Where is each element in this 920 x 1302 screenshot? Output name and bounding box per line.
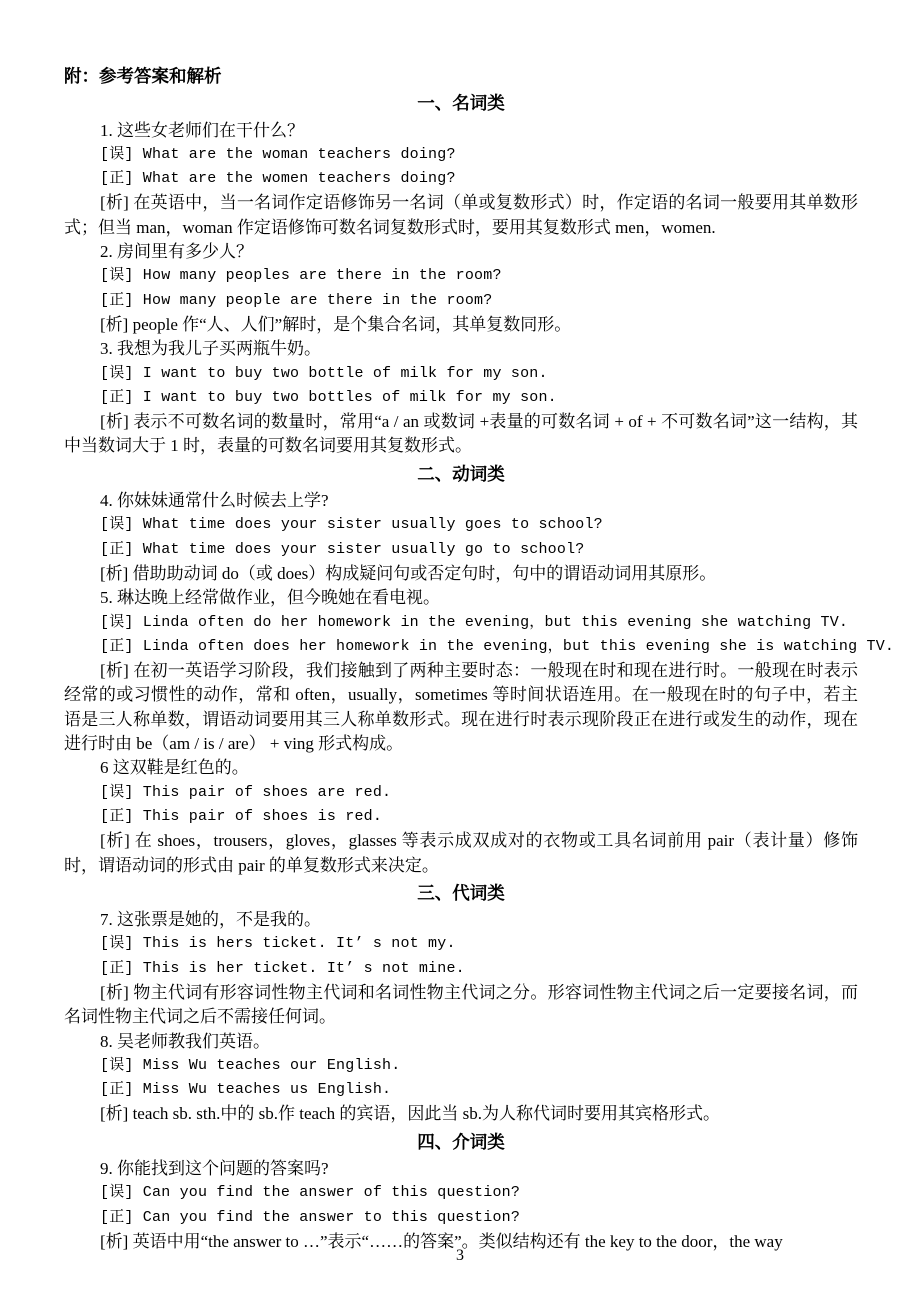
item-4-analysis: [析] 借助助动词 do（或 does）构成疑问句或否定句时，句中的谓语动词用其… xyxy=(64,562,858,586)
item-1-correct-line: [正] What are the women teachers doing? xyxy=(64,167,858,191)
item-9-wrong-line: [误] Can you find the answer of this ques… xyxy=(64,1181,858,1205)
item-5-correct-line: [正] Linda often does her homework in the… xyxy=(64,635,858,659)
item-8-correct-line: [正] Miss Wu teaches us English. xyxy=(64,1078,858,1102)
page-number: 3 xyxy=(0,1244,920,1268)
item-1-analysis: [析] 在英语中，当一名词作定语修饰另一名词（单或复数形式）时，作定语的名词一般… xyxy=(64,191,858,240)
item-8-question: 8. 吴老师教我们英语。 xyxy=(64,1030,858,1054)
item-2-wrong-line: [误] How many peoples are there in the ro… xyxy=(64,264,858,288)
item-9-question: 9. 你能找到这个问题的答案吗? xyxy=(64,1157,858,1181)
item-7-analysis: [析] 物主代词有形容词性物主代词和名词性物主代词之分。形容词性物主代词之后一定… xyxy=(64,981,858,1030)
section-prepositions: 四、介词类 9. 你能找到这个问题的答案吗? [误] Can you find … xyxy=(64,1130,858,1254)
item-7-correct-line: [正] This is her ticket. It’ s not mine. xyxy=(64,957,858,981)
document-page: 附：参考答案和解析 一、名词类 1. 这些女老师们在干什么？ [误] What … xyxy=(0,0,920,1302)
section-nouns: 一、名词类 1. 这些女老师们在干什么？ [误] What are the wo… xyxy=(64,91,858,458)
item-6-wrong-line: [误] This pair of shoes are red. xyxy=(64,781,858,805)
section-verbs: 二、动词类 4. 你妹妹通常什么时候去上学? [误] What time doe… xyxy=(64,462,858,878)
item-7-question: 7. 这张票是她的，不是我的。 xyxy=(64,908,858,932)
item-3-analysis: [析] 表示不可数名词的数量时，常用“a / an 或数词 +表量的可数名词 +… xyxy=(64,410,858,459)
item-1-question: 1. 这些女老师们在干什么？ xyxy=(64,119,858,143)
section-pronouns: 三、代词类 7. 这张票是她的，不是我的。 [误] This is hers t… xyxy=(64,881,858,1127)
section-heading-nouns: 一、名词类 xyxy=(64,91,858,115)
item-3-question: 3. 我想为我儿子买两瓶牛奶。 xyxy=(64,337,858,361)
item-4-wrong-line: [误] What time does your sister usually g… xyxy=(64,513,858,537)
item-3-wrong-line: [误] I want to buy two bottle of milk for… xyxy=(64,362,858,386)
item-1-wrong-line: [误] What are the woman teachers doing? xyxy=(64,143,858,167)
item-7-wrong-line: [误] This is hers ticket. It’ s not my. xyxy=(64,932,858,956)
item-2-correct-line: [正] How many people are there in the roo… xyxy=(64,289,858,313)
section-heading-prepositions: 四、介词类 xyxy=(64,1130,858,1154)
item-5-question: 5. 琳达晚上经常做作业，但今晚她在看电视。 xyxy=(64,586,858,610)
item-4-question: 4. 你妹妹通常什么时候去上学? xyxy=(64,489,858,513)
item-5-analysis: [析] 在初一英语学习阶段，我们接触到了两种主要时态：一般现在时和现在进行时。一… xyxy=(64,659,858,756)
section-heading-pronouns: 三、代词类 xyxy=(64,881,858,905)
item-8-wrong-line: [误] Miss Wu teaches our English. xyxy=(64,1054,858,1078)
item-2-question: 2. 房间里有多少人？ xyxy=(64,240,858,264)
item-8-analysis: [析] teach sb. sth.中的 sb.作 teach 的宾语，因此当 … xyxy=(64,1102,858,1126)
item-9-correct-line: [正] Can you find the answer to this ques… xyxy=(64,1206,858,1230)
item-5-wrong-line: [误] Linda often do her homework in the e… xyxy=(64,611,858,635)
item-4-correct-line: [正] What time does your sister usually g… xyxy=(64,538,858,562)
item-6-analysis: [析] 在 shoes，trousers，gloves，glasses 等表示成… xyxy=(64,829,858,878)
item-2-analysis: [析] people 作“人、人们”解时，是个集合名词，其单复数同形。 xyxy=(64,313,858,337)
item-6-correct-line: [正] This pair of shoes is red. xyxy=(64,805,858,829)
item-6-question: 6 这双鞋是红色的。 xyxy=(64,756,858,780)
section-heading-verbs: 二、动词类 xyxy=(64,462,858,486)
item-3-correct-line: [正] I want to buy two bottles of milk fo… xyxy=(64,386,858,410)
doc-title: 附：参考答案和解析 xyxy=(64,64,858,88)
